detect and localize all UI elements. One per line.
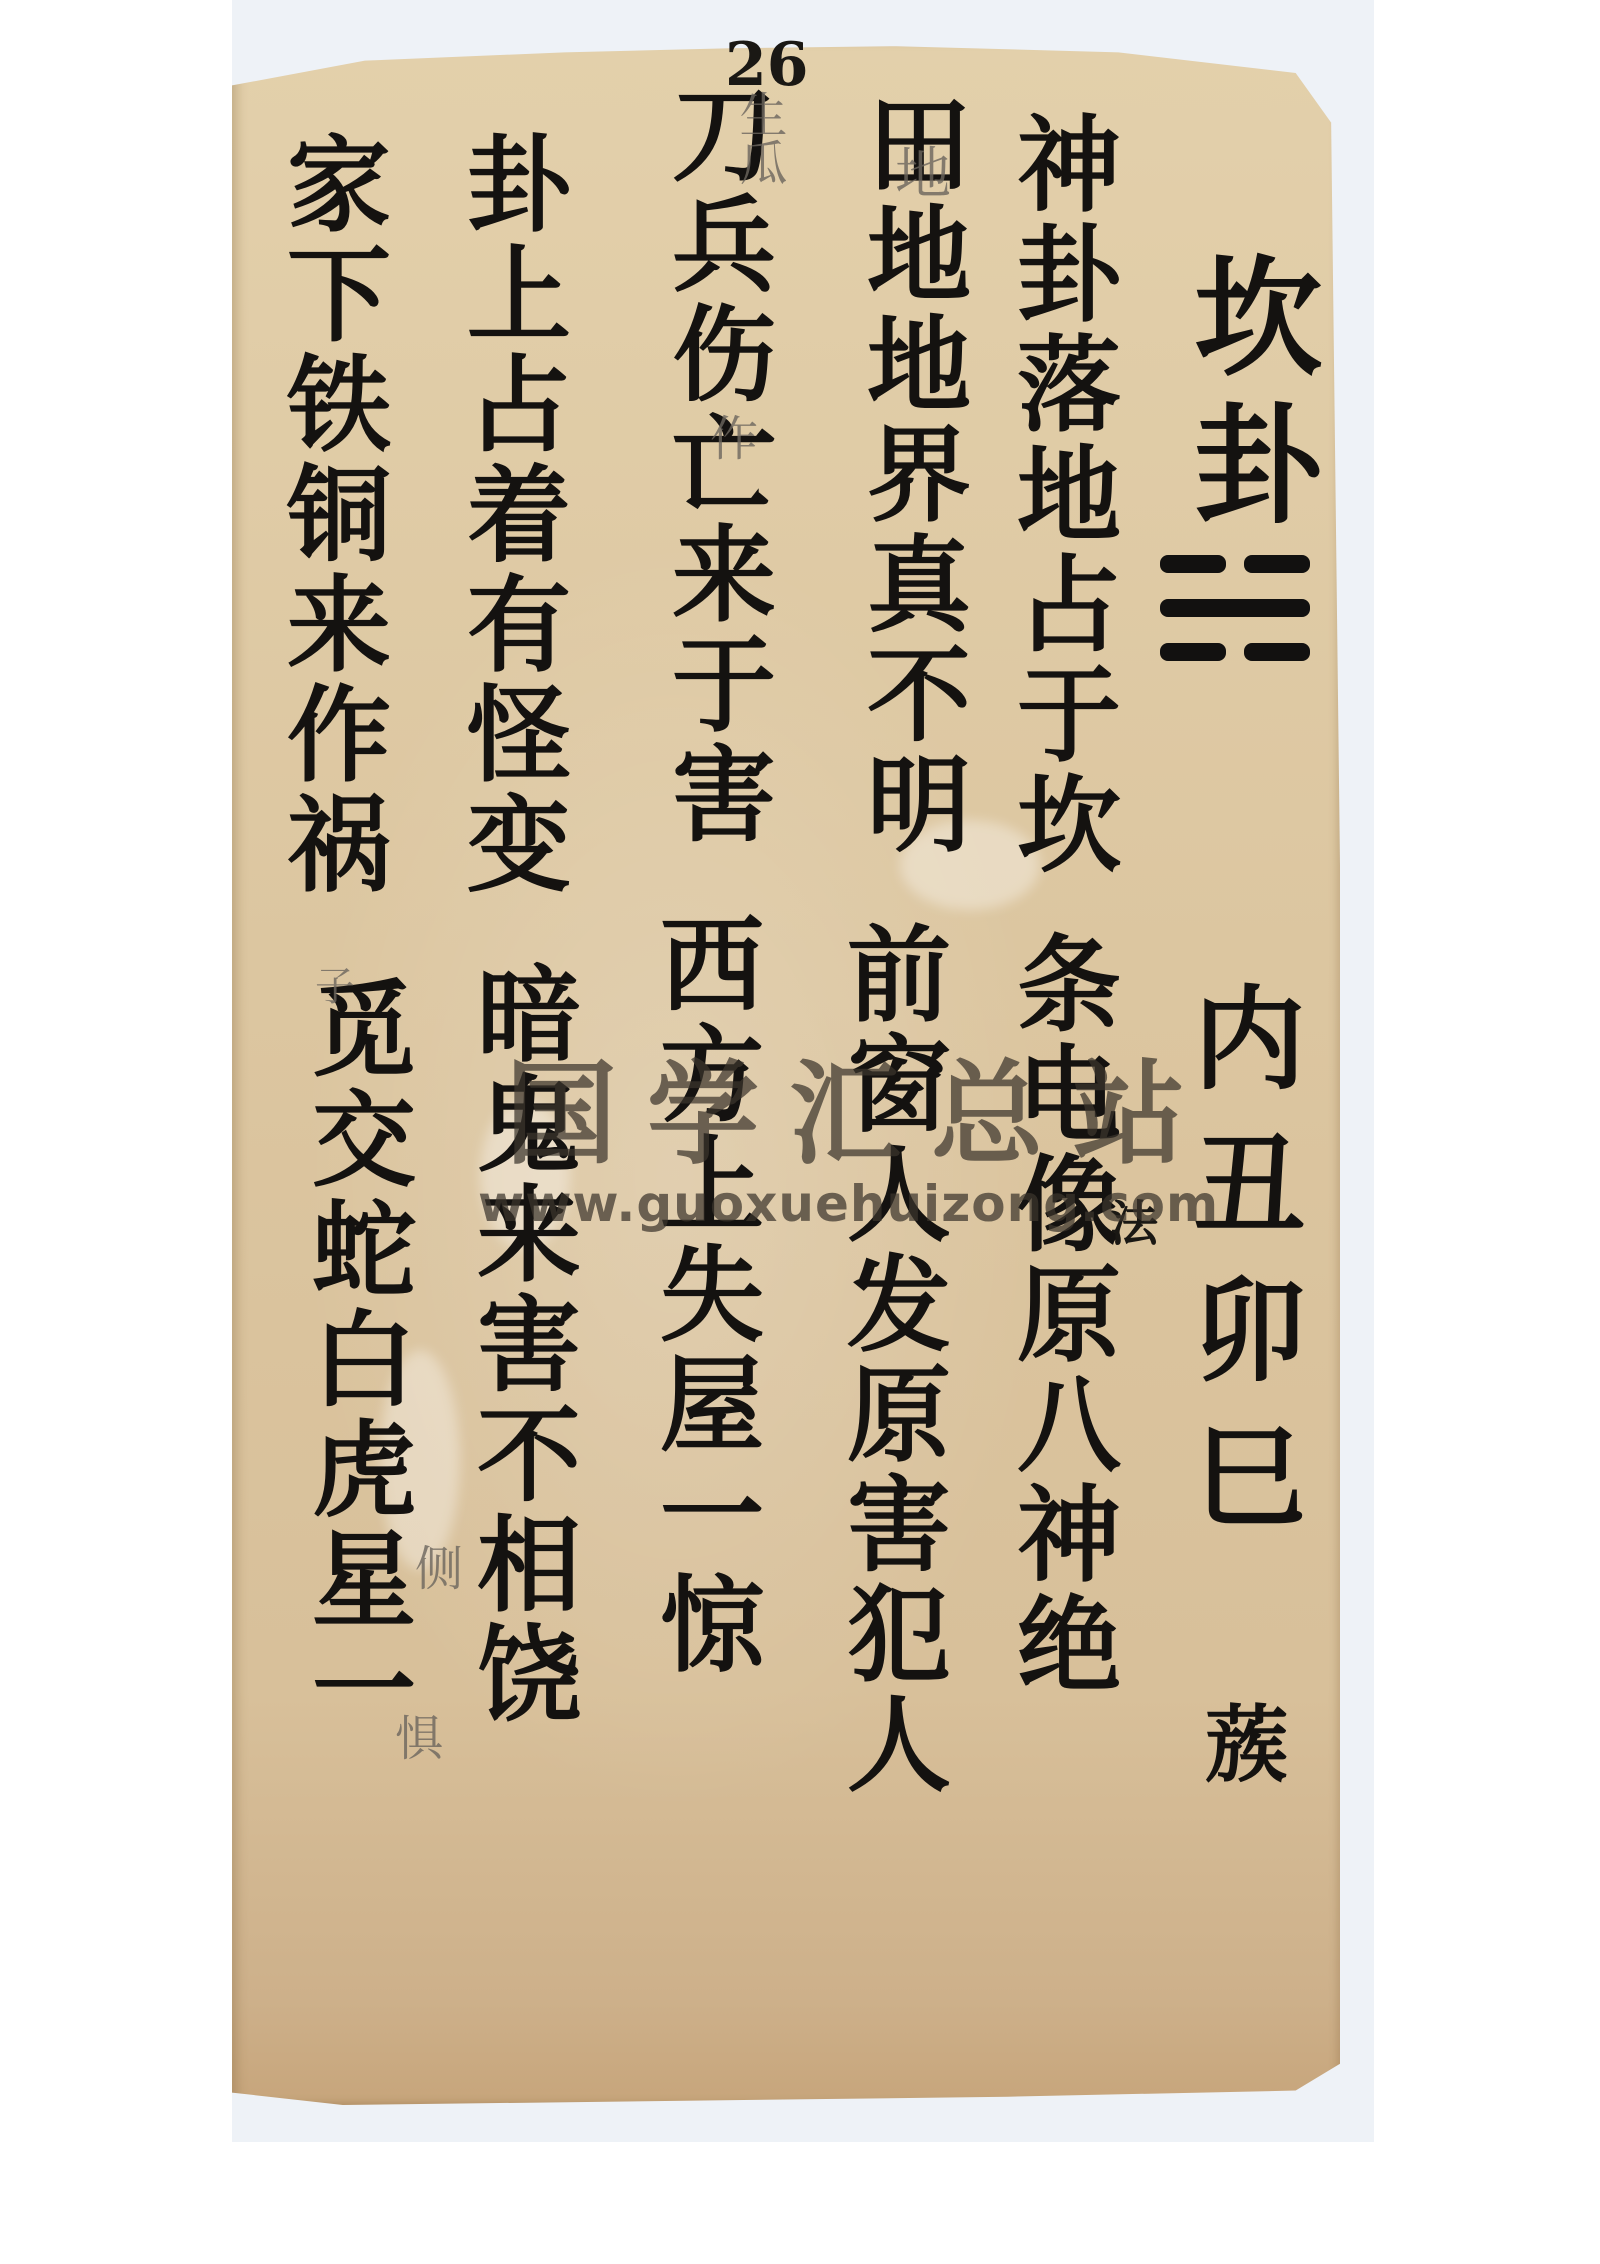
title-tail-char: 蔟 bbox=[1180, 1700, 1301, 1790]
column-3-pencil-note-mid: 作 bbox=[710, 400, 758, 469]
kan-trigram-icon bbox=[1160, 555, 1310, 687]
column-2-pencil-note: 地 bbox=[895, 130, 951, 210]
column-1-upper: 神卦落地占于坎 bbox=[985, 110, 1135, 880]
trigram-line-solid bbox=[1160, 599, 1310, 617]
watermark-url: www.guoxuehuizong.com bbox=[478, 1175, 1219, 1233]
column-5-lower: 觅交蛇白虎星一 bbox=[280, 975, 430, 1745]
column-4-upper: 卦上占着有怪变 bbox=[435, 130, 585, 900]
trigram-line-broken bbox=[1160, 555, 1310, 573]
column-5-small-note: 子 bbox=[315, 955, 355, 1012]
column-5-upper: 家下铁铜来作祸 bbox=[255, 130, 405, 900]
trigram-line-broken bbox=[1160, 643, 1310, 661]
title-name: 坎卦 bbox=[1155, 250, 1339, 546]
column-5-pencil-note: 惧 bbox=[395, 1700, 443, 1769]
watermark-site-name: 国学汇总站 bbox=[505, 1025, 1215, 1186]
column-3-pencil-note-top: 生瓜 bbox=[725, 90, 794, 186]
